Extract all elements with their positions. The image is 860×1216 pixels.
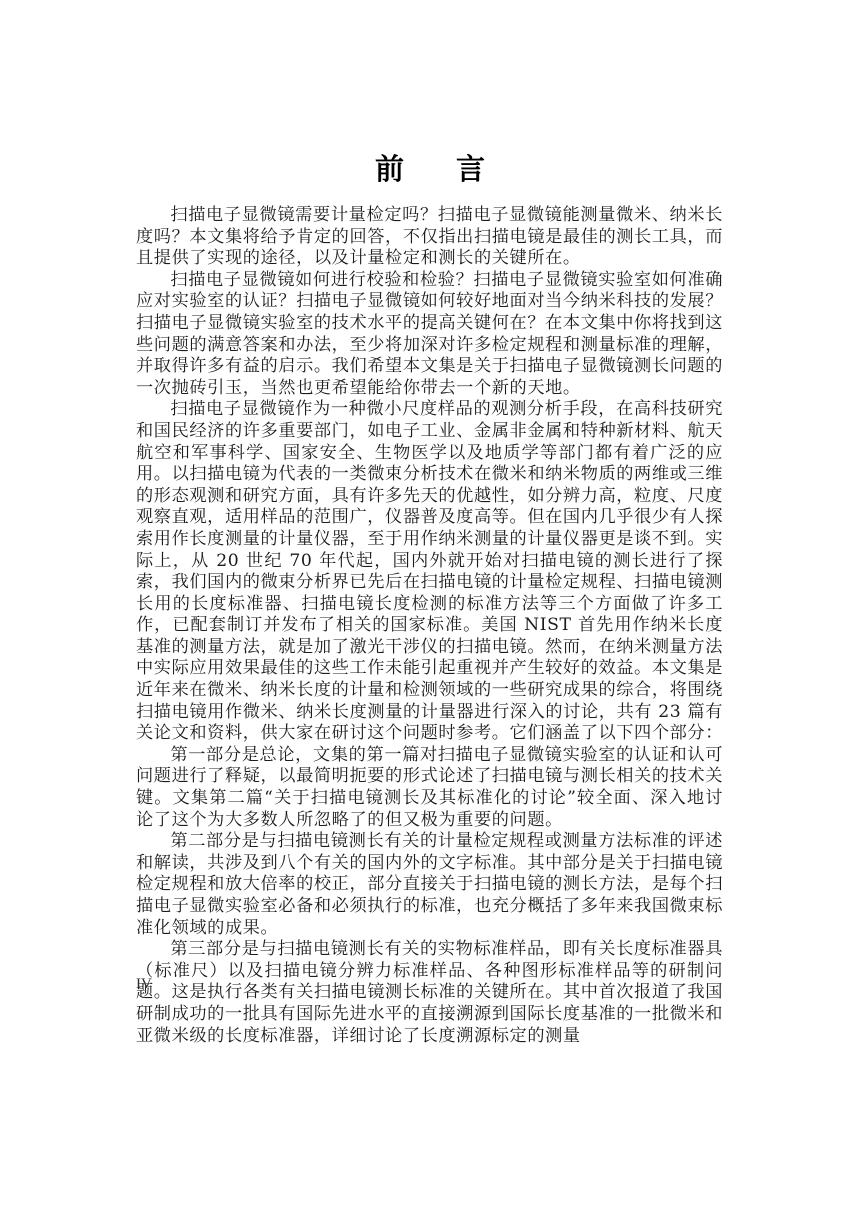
preface-body: 扫描电子显微镜需要计量检定吗？扫描电子显微镜能测量微米、纳米长度吗？本文集将给予… [136,205,723,1047]
page-title: 前言 [0,149,860,189]
paragraph-3: 扫描电子显微镜作为一种微小尺度样品的观测分析手段，在高科技研究和国民经济的许多重… [136,399,723,745]
document-page: 前言 扫描电子显微镜需要计量检定吗？扫描电子显微镜能测量微米、纳米长度吗？本文集… [0,0,860,1216]
title-char-1: 前 [375,149,404,189]
paragraph-6: 第三部分是与扫描电镜测长有关的实物标准样品，即有关长度标准器具（标准尺）以及扫描… [136,939,723,1047]
paragraph-4: 第一部分是总论，文集的第一篇对扫描电子显微镜实验室的认证和认可问题进行了释疑，以… [136,745,723,831]
paragraph-5: 第二部分是与扫描电镜测长有关的计量检定规程或测量方法标准的评述和解读，共涉及到八… [136,831,723,939]
page-number: IV [136,974,152,994]
paragraph-2: 扫描电子显微镜如何进行校验和检验？扫描电子显微镜实验室如何准确应对实验室的认证？… [136,270,723,400]
title-char-2: 言 [456,149,485,189]
paragraph-1: 扫描电子显微镜需要计量检定吗？扫描电子显微镜能测量微米、纳米长度吗？本文集将给予… [136,205,723,270]
